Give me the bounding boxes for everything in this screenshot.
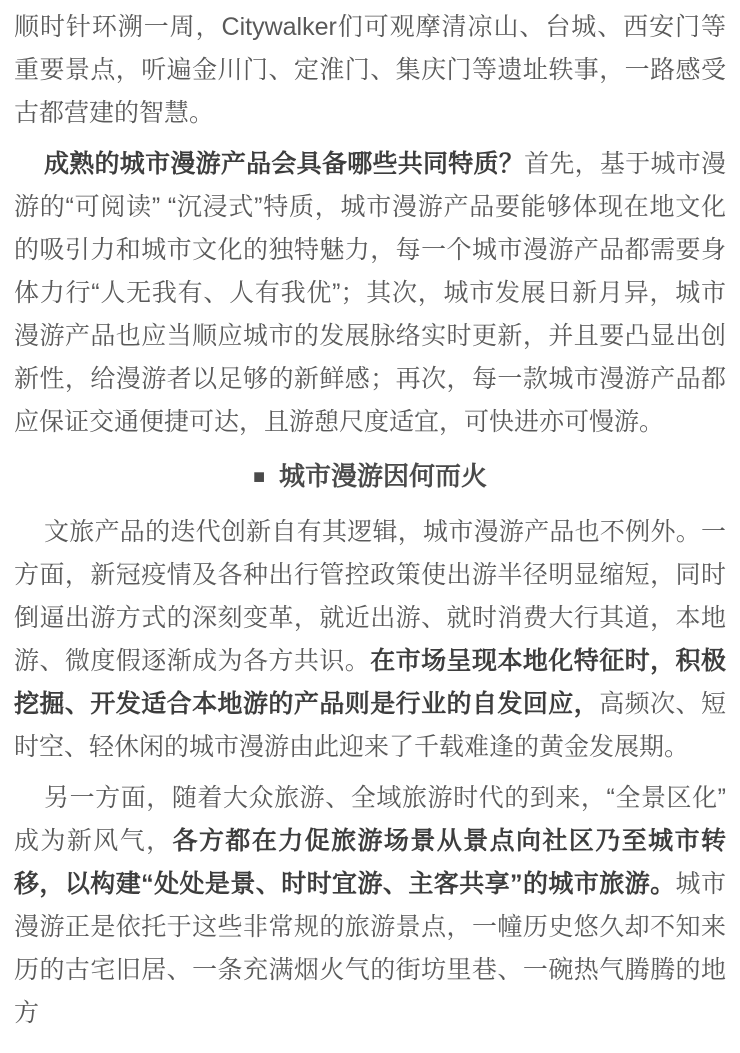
- square-bullet-icon: ■: [253, 466, 265, 488]
- section-heading: ■城市漫游因何而火: [14, 458, 726, 497]
- text-run: 顺时针环溯一周，Citywalker们可观摩清凉山、台城、西安门等重要景点，听遍…: [14, 13, 726, 127]
- section-heading-text: 城市漫游因何而火: [279, 461, 487, 491]
- paragraph-why-popular-2: 另一方面，随着大众旅游、全域旅游时代的到来，“全景区化”成为新风气，各方都在力促…: [14, 777, 726, 1035]
- article-body: 顺时针环溯一周，Citywalker们可观摩清凉山、台城、西安门等重要景点，听遍…: [0, 0, 740, 1053]
- paragraph-why-popular-1: 文旅产品的迭代创新自有其逻辑，城市漫游产品也不例外。一方面，新冠疫情及各种出行管…: [14, 511, 726, 769]
- paragraph-citywalk-route: 顺时针环溯一周，Citywalker们可观摩清凉山、台城、西安门等重要景点，听遍…: [14, 6, 726, 135]
- paragraph-product-traits: 成熟的城市漫游产品会具备哪些共同特质？首先，基于城市漫游的“可阅读” “沉浸式”…: [14, 143, 726, 444]
- text-run-bold: 成熟的城市漫游产品会具备哪些共同特质？: [44, 150, 524, 178]
- text-run: 首先，基于城市漫游的“可阅读” “沉浸式”特质，城市漫游产品要能够体现在地文化的…: [14, 150, 726, 436]
